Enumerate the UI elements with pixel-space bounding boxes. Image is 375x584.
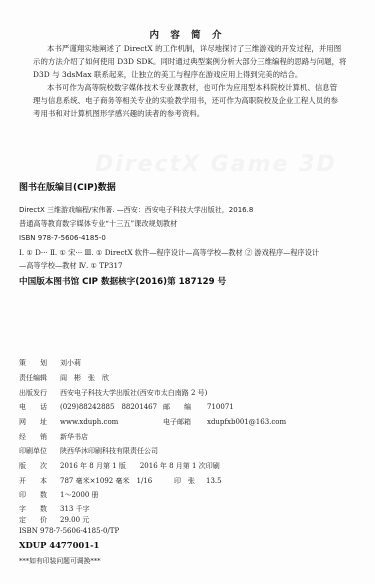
- cip-heading: 图书在版编目(CIP)数据: [19, 180, 116, 193]
- xdup-code: XDUP 4477001-1: [19, 540, 99, 550]
- summary-paragraph-1-line-2: 示的方法介绍了如何使用 D3D SDK。同时通过典型案例分析大部分三维编程的思路…: [33, 57, 346, 67]
- detail-value: 新华书店: [60, 430, 88, 444]
- detail-label: 版 次: [19, 459, 60, 473]
- detail-label: 印刷单位: [19, 444, 60, 458]
- detail-label: 印 数: [19, 488, 60, 502]
- detail-row-format: 开 本787 毫米×1092 毫米 1/16 印 张 13.5: [19, 474, 359, 488]
- detail-row-publisher: 出版发行西安电子科技大学出版社(西安市太白南路 2 号): [19, 386, 207, 400]
- detail-extra-label: 邮 编: [163, 400, 191, 414]
- detail-label: 经 销: [19, 430, 60, 444]
- replacement-notice: ***如有印装问题可调换***: [19, 555, 101, 565]
- detail-label: 出版发行: [19, 386, 60, 400]
- detail-label: 定 价: [19, 513, 60, 527]
- detail-extra-value: 710071: [207, 400, 234, 414]
- detail-row-print-run: 印 数1～2000 册: [19, 488, 99, 502]
- watermark-text: DirectX Game 3D: [95, 152, 337, 177]
- detail-label: 网 址: [19, 415, 60, 429]
- detail-extra-label: 电子邮箱: [163, 415, 191, 429]
- detail-extra-label: 印 张: [174, 474, 195, 488]
- detail-value: 刘小莉: [60, 356, 81, 370]
- detail-label: 责任编辑: [19, 371, 60, 385]
- detail-row-phone: 电 话(029)88242885 88201467 邮 编 710071: [19, 400, 359, 414]
- detail-row-distributor: 经 销新华书店: [19, 430, 88, 444]
- cip-line-title: DirectX 三维游戏编程/宋伟著. —西安：西安电子科技大学出版社，2016…: [19, 205, 253, 215]
- detail-value: 2016 年 8 月第 1 版 2016 年 8 月第 1 次印刷: [60, 459, 220, 473]
- detail-extra-value: 13.5: [206, 474, 222, 488]
- summary-paragraph-2-line-1: 本书可作为高等院校数字媒体技术专业课教材，也可作为应用型本科院校计算机、信息管: [47, 83, 337, 93]
- detail-value: 29.00 元: [60, 513, 89, 527]
- cip-number: 中国版本图书馆 CIP 数据核字(2016)第 187129 号: [19, 275, 226, 287]
- detail-label: 电 话: [19, 400, 60, 414]
- detail-row-printer: 印刷单位陕西华沐印刷科技有限责任公司: [19, 444, 158, 458]
- detail-row-planner: 策 划刘小莉: [19, 356, 81, 370]
- detail-value: 阎 彬 张 欣: [60, 371, 109, 385]
- detail-row-edition: 版 次2016 年 8 月第 1 版 2016 年 8 月第 1 次印刷: [19, 459, 220, 473]
- cip-line-classification-2: —高等学校—教材 Ⅳ. ① TP317: [19, 261, 123, 271]
- detail-label: 策 划: [19, 356, 60, 370]
- summary-paragraph-1-line-1: 本书严谨翔实地阐述了 DirectX 的工作机制，详尽地探讨了三维游戏的开发过程…: [47, 44, 341, 54]
- detail-row-website: 网 址www.xduph.com 电子邮箱 xdupfxb001@163.com: [19, 415, 359, 429]
- detail-value: 西安电子科技大学出版社(西安市太白南路 2 号): [60, 386, 207, 400]
- cip-line-series: 普通高等教育数字媒体专业“十三五”课改规划教材: [19, 219, 177, 229]
- summary-paragraph-2-line-3: 考用书和对计算机图形学感兴趣的读者的参考资料。: [33, 109, 204, 119]
- summary-title: 内 容 简 介: [0, 27, 375, 41]
- detail-row-price: 定 价29.00 元: [19, 513, 89, 527]
- detail-value: 1～2000 册: [60, 488, 99, 502]
- cip-line-classification-1: Ⅰ. ① D··· Ⅱ. ① 宋··· Ⅲ. ① DirectX 软件—程序设计…: [19, 248, 319, 258]
- detail-value: (029)88242885 88201467: [60, 400, 157, 414]
- detail-label: 开 本: [19, 474, 60, 488]
- detail-extra-value: xdupfxb001@163.com: [207, 415, 286, 429]
- copyright-page: 内 容 简 介 本书严谨翔实地阐述了 DirectX 的工作机制，详尽地探讨了三…: [0, 0, 375, 584]
- detail-value: 787 毫米×1092 毫米 1/16: [60, 474, 152, 488]
- detail-row-editor: 责任编辑阎 彬 张 欣: [19, 371, 109, 385]
- summary-paragraph-1-line-3: D3D 与 3dsMax 联系起来，让独立的美工与程序在游戏应用上得到完美的结合…: [33, 70, 302, 80]
- detail-value: www.xduph.com: [60, 415, 118, 429]
- detail-value: 陕西华沐印刷科技有限责任公司: [60, 444, 158, 458]
- summary-paragraph-2-line-2: 理与信息系统、电子商务等相关专业的实验教学用书，还可作为高职院校及企业工程人员的…: [33, 96, 338, 106]
- isbn-classification: ISBN 978-7-5606-4185-0/TP: [19, 527, 119, 535]
- cip-line-isbn: ISBN 978-7-5606-4185-0: [19, 233, 106, 243]
